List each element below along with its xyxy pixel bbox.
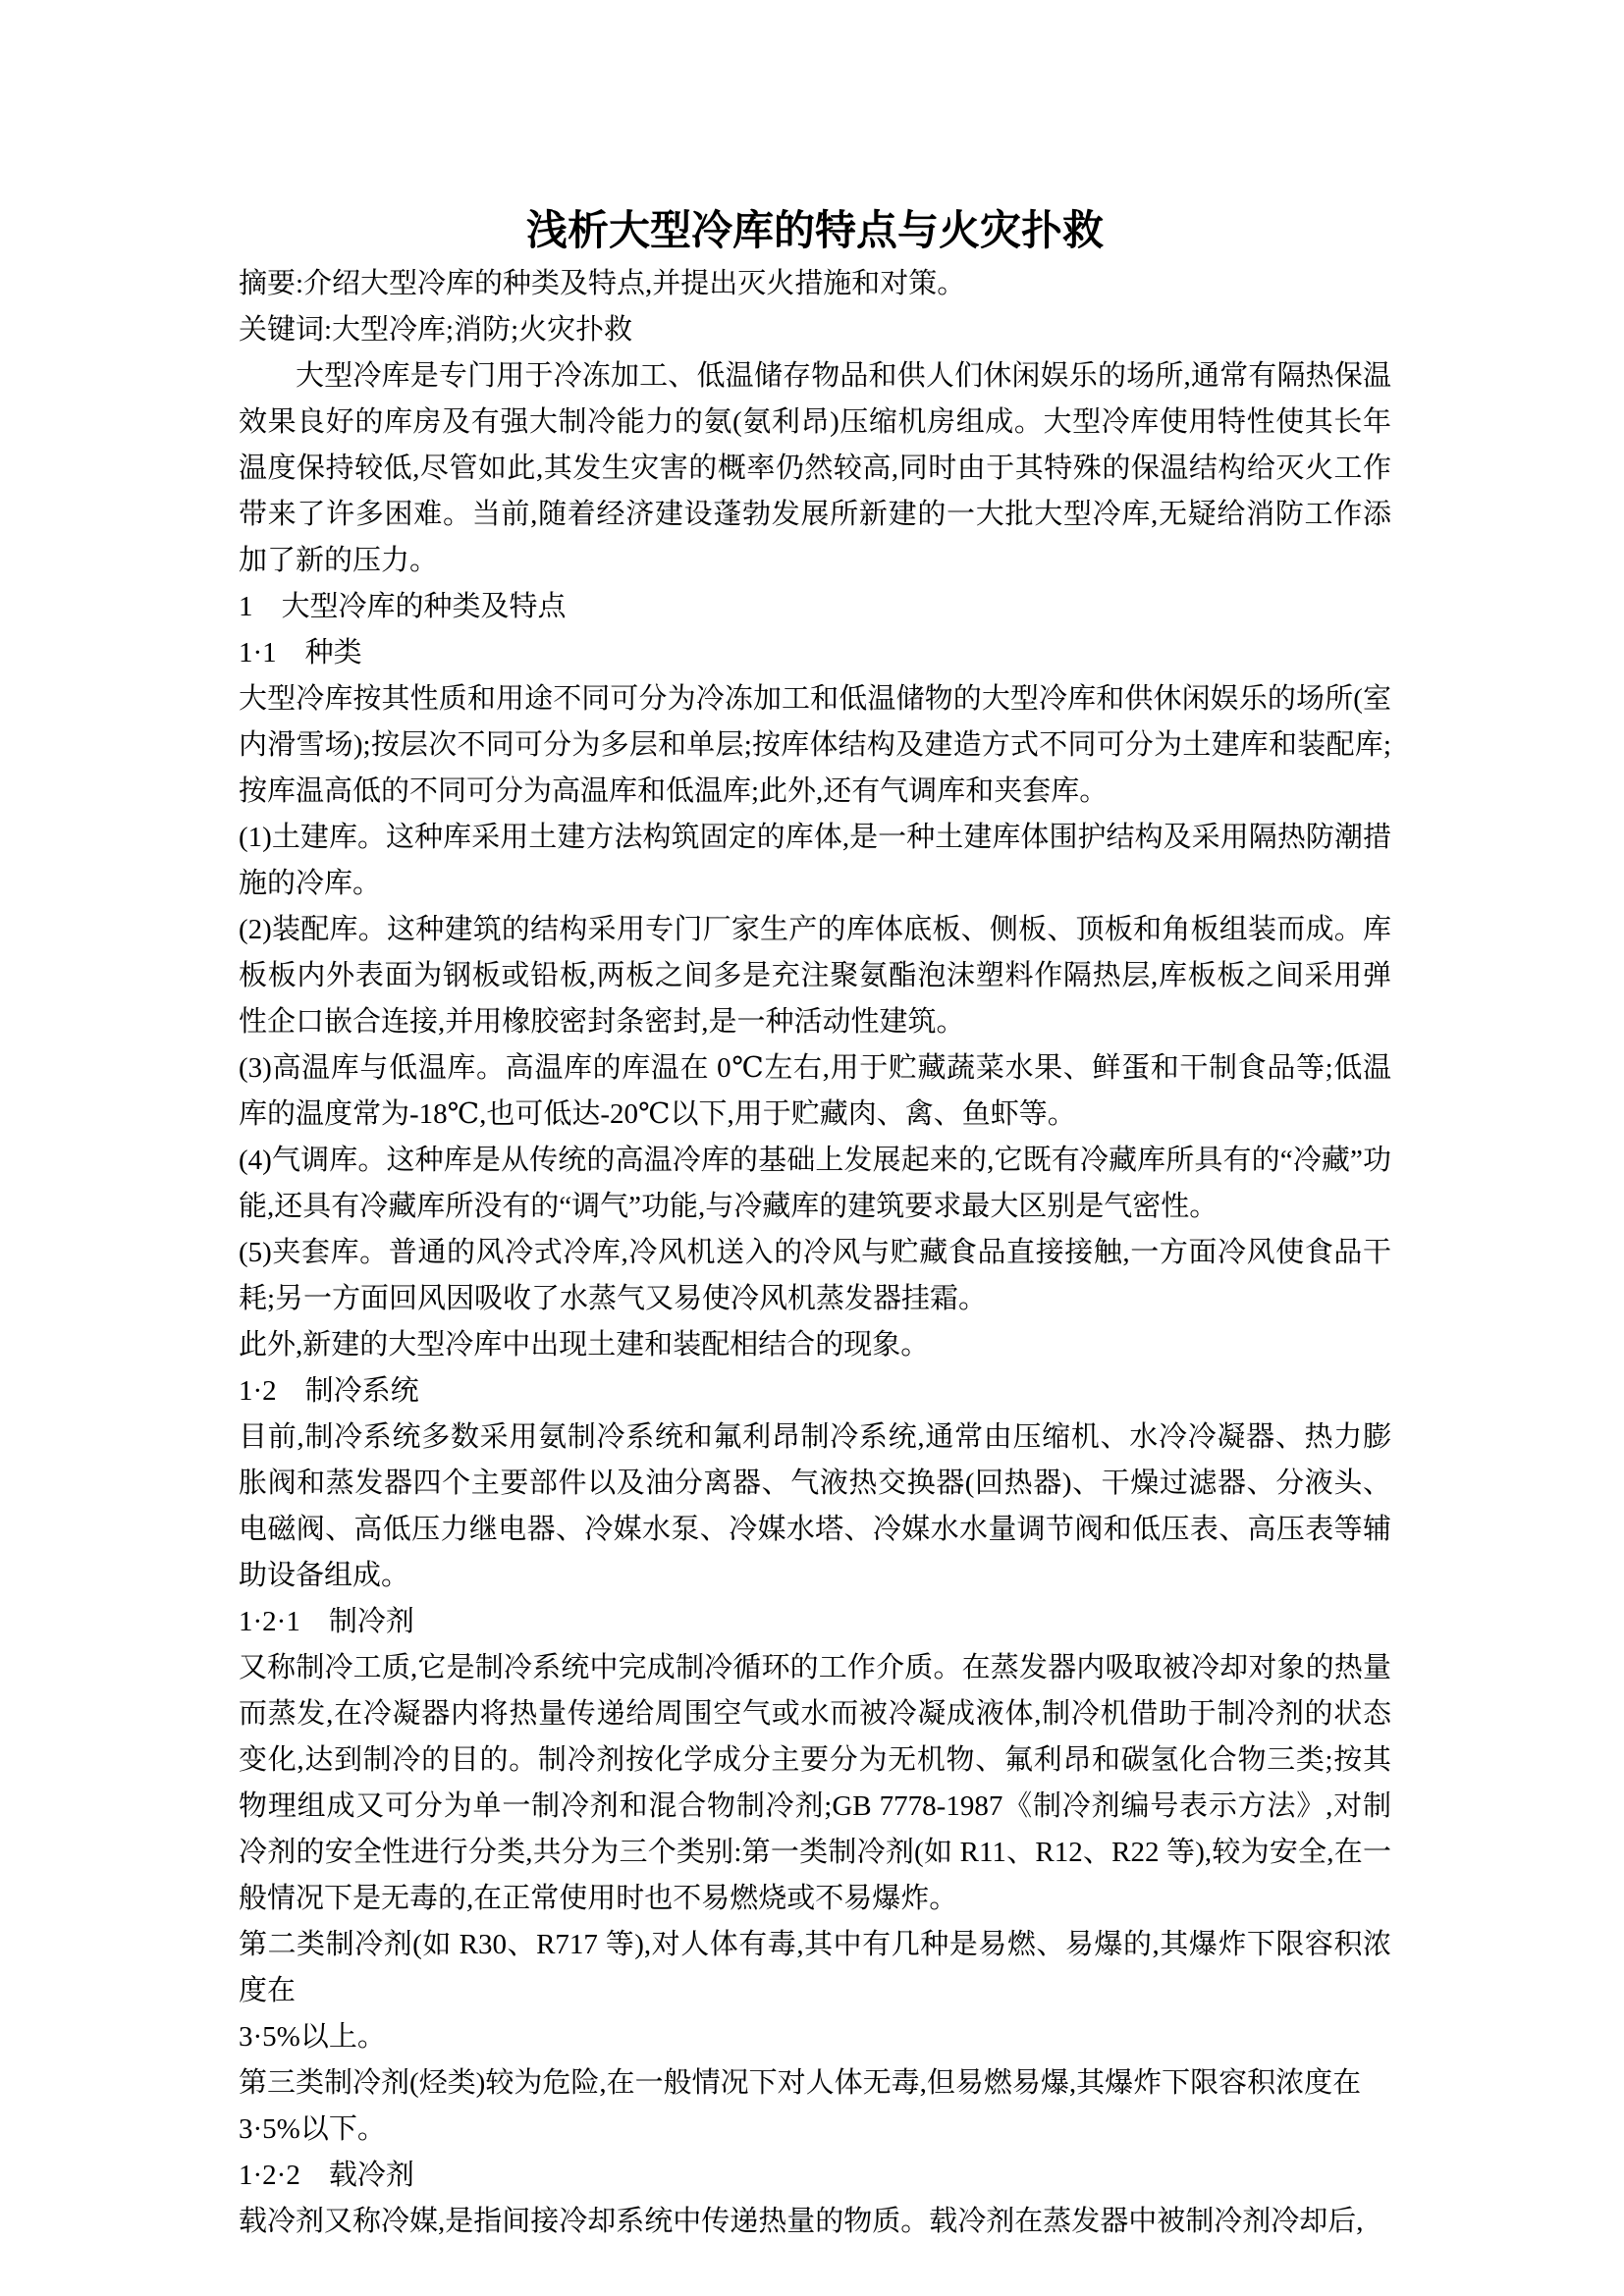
document-body: 摘要:介绍大型冷库的种类及特点,并提出灭火措施和对策。关键词:大型冷库;消防;火…: [239, 261, 1391, 2245]
body-paragraph: 摘要:介绍大型冷库的种类及特点,并提出灭火措施和对策。: [239, 261, 1391, 307]
body-paragraph: (1)土建库。这种库采用土建方法构筑固定的库体,是一种土建库体围护结构及采用隔热…: [239, 815, 1391, 907]
body-paragraph: (3)高温库与低温库。高温库的库温在 0℃左右,用于贮藏蔬菜水果、鲜蛋和干制食品…: [239, 1045, 1391, 1138]
body-paragraph: (2)装配库。这种建筑的结构采用专门厂家生产的库体底板、侧板、顶板和角板组装而成…: [239, 907, 1391, 1045]
body-paragraph: 3·5%以下。: [239, 2107, 1391, 2153]
body-paragraph: 目前,制冷系统多数采用氨制冷系统和氟利昂制冷系统,通常由压缩机、水冷冷凝器、热力…: [239, 1415, 1391, 1599]
section-heading: 1·2·1 制冷剂: [239, 1599, 1391, 1645]
body-paragraph: 第三类制冷剂(烃类)较为危险,在一般情况下对人体无毒,但易燃易爆,其爆炸下限容积…: [239, 2060, 1391, 2107]
body-paragraph: 大型冷库是专门用于冷冻加工、低温储存物品和供人们休闲娱乐的场所,通常有隔热保温效…: [239, 353, 1391, 584]
section-heading: 1·2·2 载冷剂: [239, 2153, 1391, 2199]
section-heading: 1·1 种类: [239, 630, 1391, 676]
body-paragraph: (5)夹套库。普通的风冷式冷库,冷风机送入的冷风与贮藏食品直接接触,一方面冷风使…: [239, 1230, 1391, 1322]
body-paragraph: 载冷剂又称冷媒,是指间接冷却系统中传递热量的物质。载冷剂在蒸发器中被制冷剂冷却后…: [239, 2199, 1391, 2245]
document-page: 浅析大型冷库的特点与火灾扑救 摘要:介绍大型冷库的种类及特点,并提出灭火措施和对…: [0, 0, 1624, 2296]
body-paragraph: 3·5%以上。: [239, 2014, 1391, 2060]
body-paragraph: 第二类制冷剂(如 R30、R717 等),对人体有毒,其中有几种是易燃、易爆的,…: [239, 1922, 1391, 2014]
body-paragraph: 大型冷库按其性质和用途不同可分为冷冻加工和低温储物的大型冷库和供休闲娱乐的场所(…: [239, 676, 1391, 815]
body-paragraph: 关键词:大型冷库;消防;火灾扑救: [239, 307, 1391, 353]
section-heading: 1 大型冷库的种类及特点: [239, 584, 1391, 630]
body-paragraph: 又称制冷工质,它是制冷系统中完成制冷循环的工作介质。在蒸发器内吸取被冷却对象的热…: [239, 1645, 1391, 1922]
body-paragraph: (4)气调库。这种库是从传统的高温冷库的基础上发展起来的,它既有冷藏库所具有的“…: [239, 1138, 1391, 1230]
section-heading: 1·2 制冷系统: [239, 1368, 1391, 1415]
body-paragraph: 此外,新建的大型冷库中出现土建和装配相结合的现象。: [239, 1322, 1391, 1368]
document-title: 浅析大型冷库的特点与火灾扑救: [239, 206, 1391, 257]
